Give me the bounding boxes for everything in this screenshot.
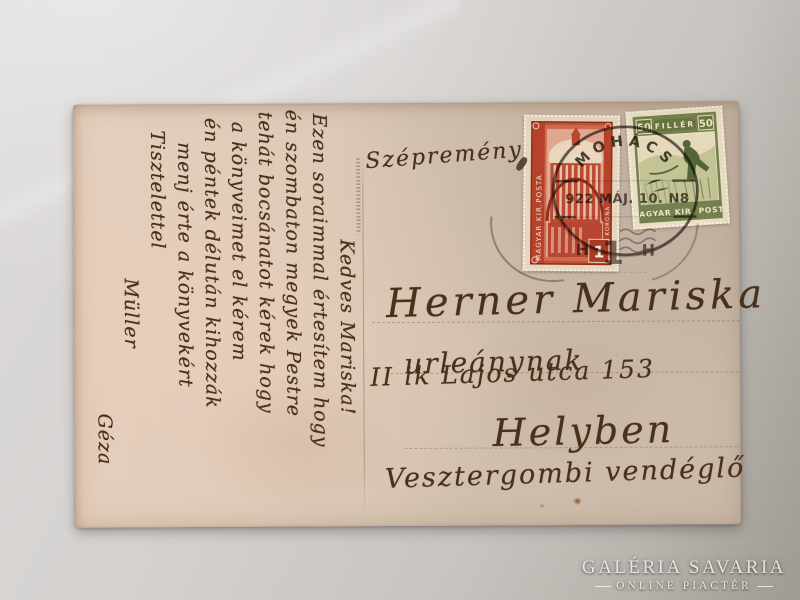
- message-line: én péntek délután kihozzák: [197, 108, 226, 528]
- watermark-subtitle: ONLINE PIACTÉR: [582, 580, 786, 592]
- address-note: Vesztergombi vendéglő: [384, 453, 745, 495]
- ink-stain: [573, 497, 582, 505]
- ink-stain: [539, 503, 545, 508]
- watermark-subtitle-text: ONLINE PIACTÉR: [616, 580, 752, 592]
- address-city: Helyben: [492, 407, 674, 455]
- postmark-number: 1: [602, 234, 624, 272]
- postcard: Kedves Mariska! Ezen soraimmal értesítem…: [73, 101, 741, 527]
- svg-text:MOHÁCS: MOHÁCS: [572, 132, 677, 171]
- postmark-date: 922 MÁJ. 10. N8: [565, 191, 689, 208]
- message-line: Müller: [116, 108, 145, 528]
- message-line: Kedves Mariska!: [332, 107, 361, 527]
- message-line: Géza: [89, 109, 118, 529]
- postmark-office-right: H: [642, 241, 655, 260]
- divider-line: [362, 153, 365, 515]
- message-line: a könyveimet el kérem: [224, 108, 253, 528]
- watermark-rule-left: [595, 586, 611, 587]
- card-edge-aging-left: [73, 105, 85, 528]
- postmark-town: MOHÁCS: [572, 132, 677, 171]
- photo-background: Kedves Mariska! Ezen soraimmal értesítem…: [0, 0, 800, 600]
- watermark-rule-right: [757, 586, 773, 587]
- watermark-title: GALÉRIA SAVARIA: [582, 557, 786, 579]
- message-line: Ezen soraimmal értesítem hogy: [305, 107, 334, 527]
- message-block: Kedves Mariska! Ezen soraimmal értesítem…: [89, 107, 361, 528]
- message-line: én szombaton megyek Pestre: [278, 108, 307, 528]
- message-line: Tisztelettel: [143, 108, 172, 528]
- postmark-office-left: H: [576, 240, 589, 259]
- message-line: tehát bocsánatot kérek hogy: [251, 108, 280, 528]
- watermark: GALÉRIA SAVARIA ONLINE PIACTÉR: [582, 557, 786, 592]
- message-line: menj érte a könyvekért: [170, 108, 199, 528]
- postmark: MOHÁCS 922 MÁJ. 10. N8 H 1 H: [475, 113, 726, 304]
